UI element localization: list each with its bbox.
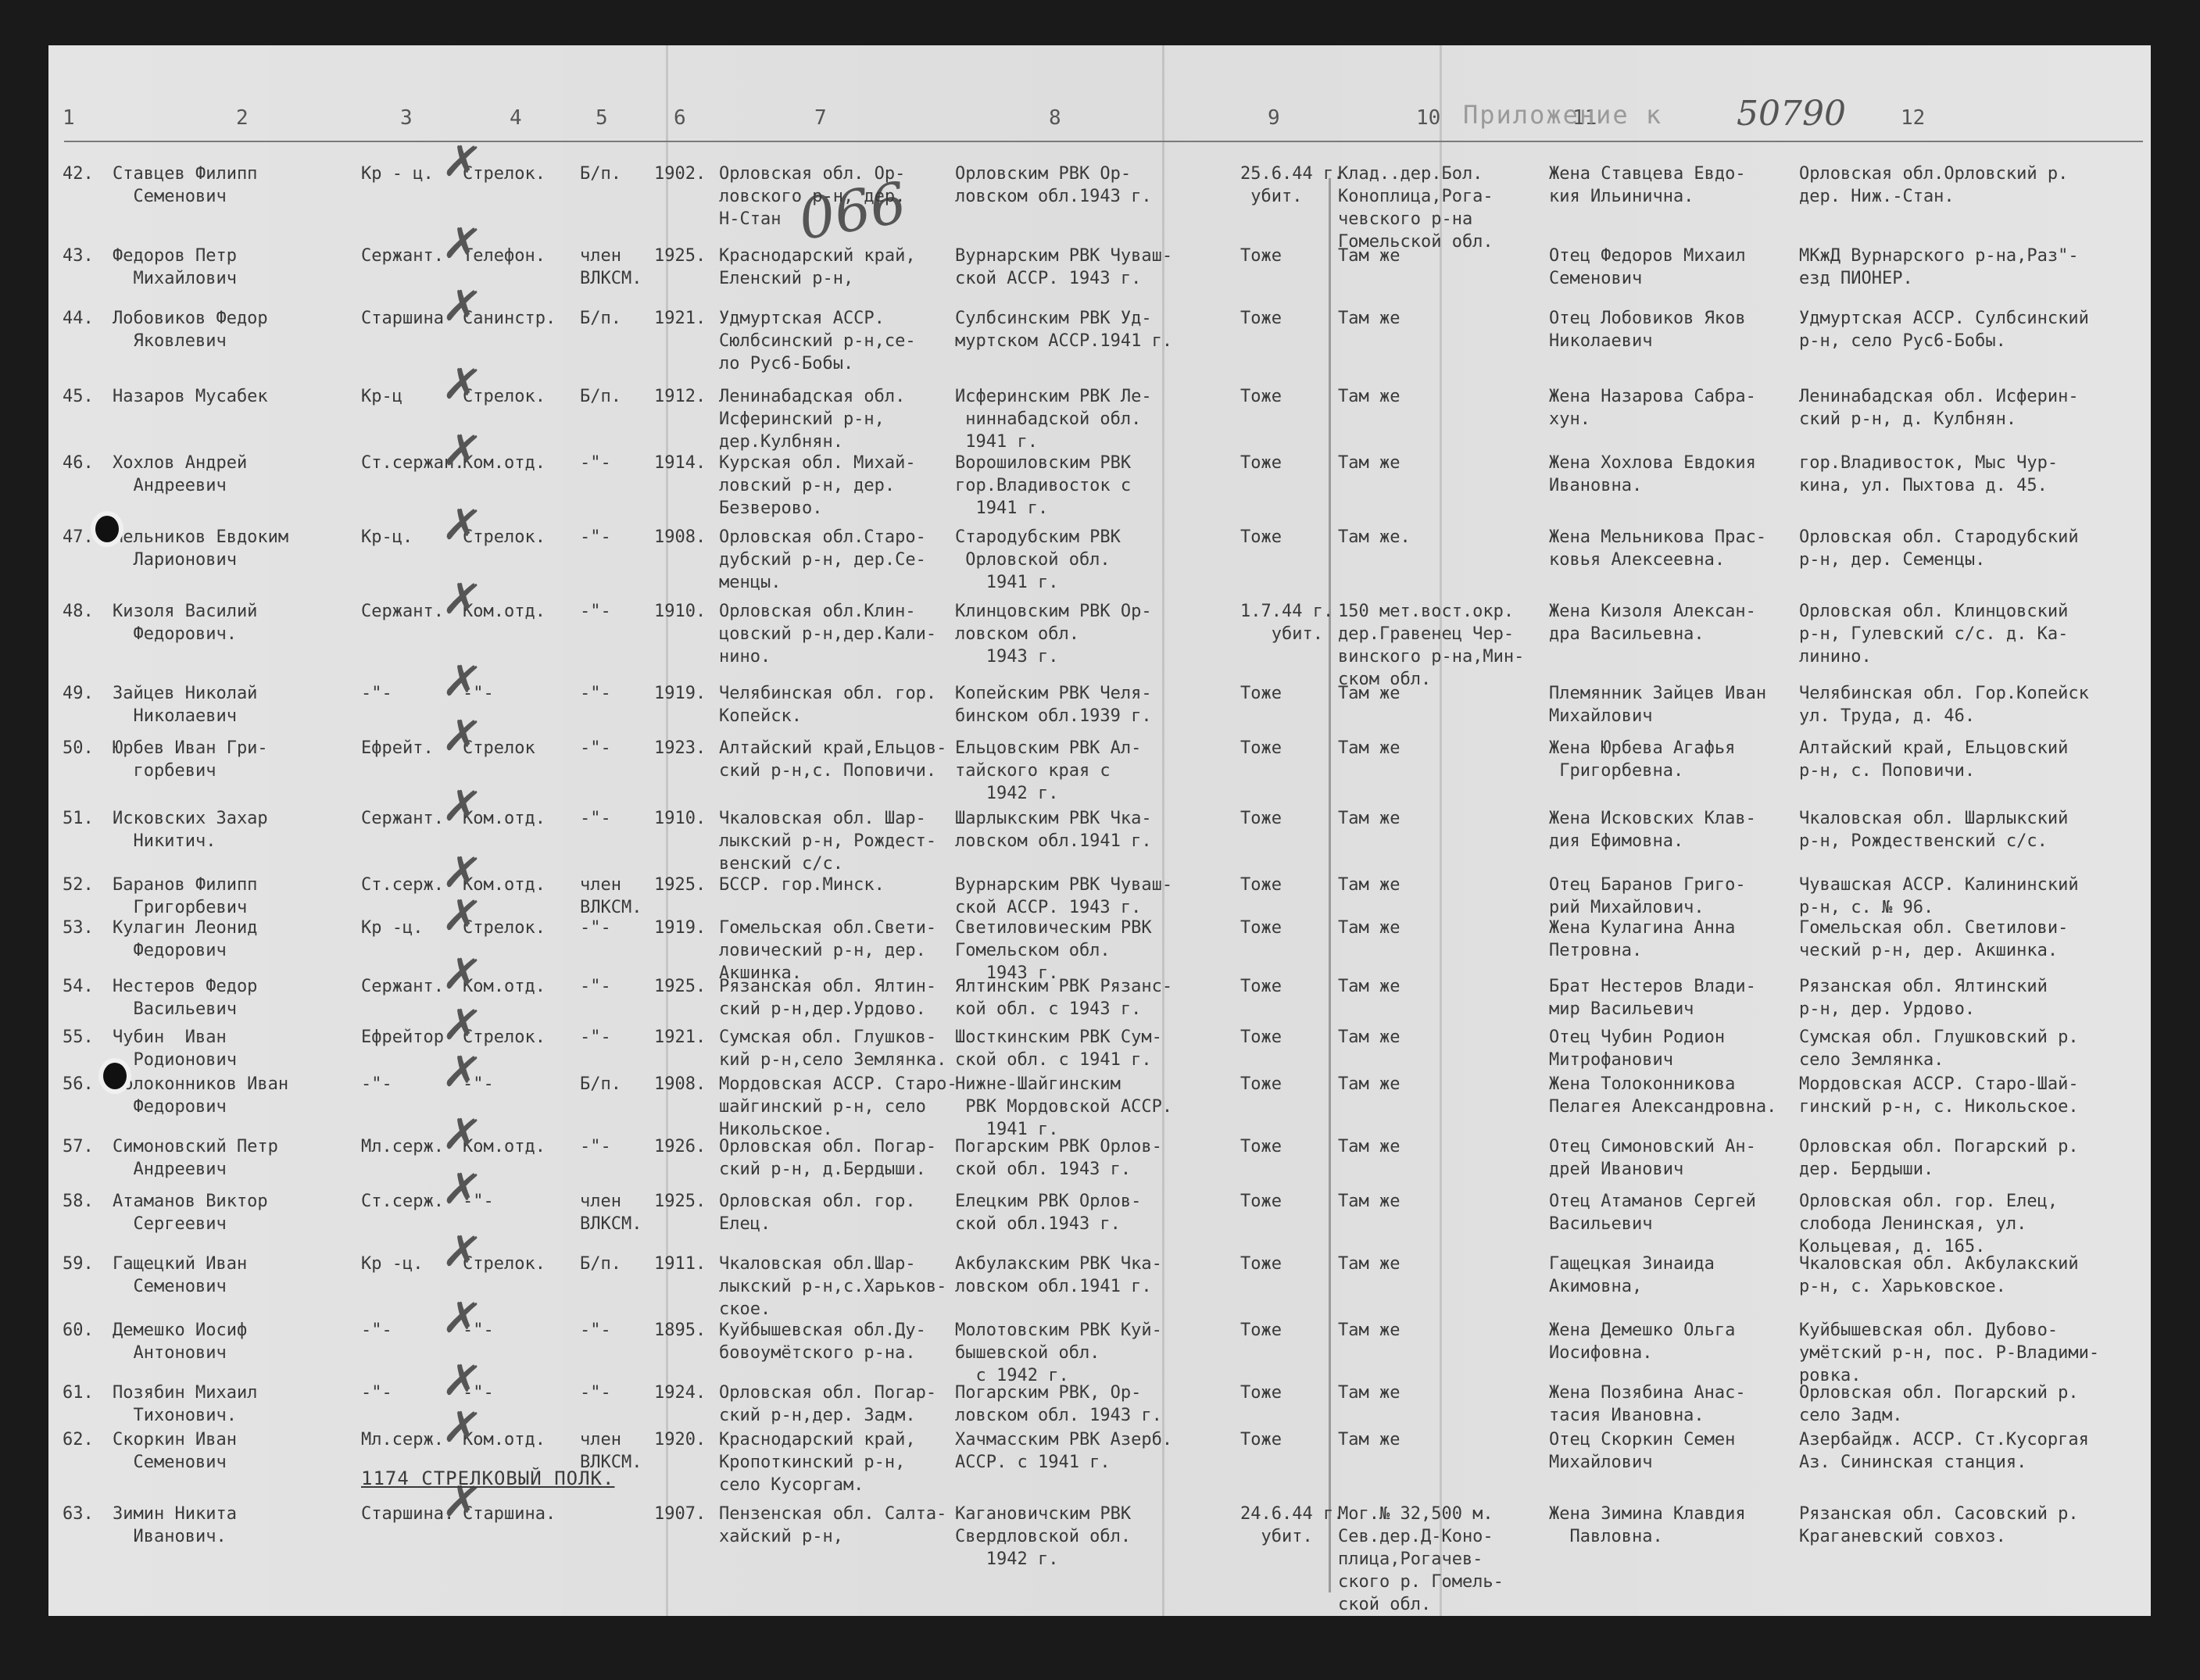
cell-date: 1.7.44 г. убит.	[1240, 600, 1333, 645]
cell-address: гор.Владивосток, Мыс Чур- кина, ул. Пыхт…	[1799, 452, 2058, 497]
cell-birth: Орловская обл. Ор- ловского р-н, дер. Н-…	[719, 163, 905, 231]
cell-rank: Сержант.	[361, 975, 444, 998]
cell-rank: Ст.серж.	[361, 1190, 444, 1213]
cell-kin: Жена Назарова Сабра- хун.	[1549, 385, 1756, 431]
cell-name: Зимин Никита Иванович.	[113, 1503, 237, 1548]
cell-name: Толоконников Иван Федорович	[113, 1073, 288, 1118]
cell-n: 46.	[63, 452, 94, 474]
cell-name: Хохлов Андрей Андреевич	[113, 452, 247, 497]
cell-name: Симоновский Петр Андреевич	[113, 1135, 278, 1181]
cell-year: 1920.	[654, 1428, 706, 1451]
cell-rank: Мл.серж.	[361, 1428, 444, 1451]
pencil-check-icon: ✗	[440, 496, 485, 554]
cell-rank: Ефрейт.	[361, 737, 434, 760]
cell-birth: Курская обл. Михай- ловский р-н, дер. Бе…	[719, 452, 916, 520]
cell-party: Б/п.	[580, 385, 621, 408]
paper-fold	[1440, 45, 1442, 1616]
cell-n: 57.	[63, 1135, 94, 1158]
cell-name: Исковских Захар Никитич.	[113, 807, 268, 853]
cell-party: -"-	[580, 1382, 611, 1404]
cell-birth: Алтайский край,Ельцов- ский р-н,с. Попов…	[719, 737, 946, 782]
cell-name: Назаров Мусабек	[113, 385, 268, 408]
cell-date: Тоже	[1240, 1026, 1282, 1049]
punch-hole	[103, 1063, 127, 1089]
pencil-check-icon: ✗	[440, 277, 485, 335]
cell-address: Куйбышевская обл. Дубово- умётский р-н, …	[1799, 1319, 2099, 1387]
cell-draft: Ельцовским РВК Ал- тайского края с 1942 …	[955, 737, 1141, 805]
cell-party: -"-	[580, 452, 611, 474]
cell-rank: Кр -ц.	[361, 917, 423, 939]
cell-rank: Кр-ц.	[361, 526, 413, 549]
cell-address: Алтайский край, Ельцовский р-н, с. Попов…	[1799, 737, 2068, 782]
cell-year: 1925.	[654, 874, 706, 896]
pencil-check-icon: ✗	[440, 652, 485, 710]
cell-rank: Кр -ц.	[361, 1253, 423, 1275]
cell-birth: Удмуртская АССР. Сюлбсинский р-н,се- ло …	[719, 307, 916, 375]
cell-draft: Вурнарским РВК Чуваш- ской АССР. 1943 г.	[955, 874, 1172, 919]
cell-birth: Пензенская обл. Салта- хайский р-н,	[719, 1503, 946, 1548]
cell-rank: Кр-ц	[361, 385, 402, 408]
cell-date: Тоже	[1240, 1135, 1282, 1158]
cell-rank: Кр - ц.	[361, 163, 434, 185]
cell-birth: Чкаловская обл. Шар- лыкский р-н, Рождес…	[719, 807, 936, 875]
cell-birth: Орловская обл. Погар- ский р-н,дер. Задм…	[719, 1382, 936, 1427]
cell-year: 1912.	[654, 385, 706, 408]
cell-party: член ВЛКСМ.	[580, 874, 642, 919]
cell-date: Тоже	[1240, 385, 1282, 408]
cell-name: Юрбев Иван Гри- горбевич	[113, 737, 268, 782]
cell-draft: Ворошиловским РВК гор.Владивосток с 1941…	[955, 452, 1131, 520]
pencil-check-icon: ✗	[440, 1223, 485, 1281]
cell-burial: Там же	[1338, 682, 1400, 705]
cell-burial: Там же	[1338, 737, 1400, 760]
cell-burial: Там же.	[1338, 526, 1411, 549]
cell-burial: Там же	[1338, 1319, 1400, 1342]
cell-draft: Копейским РВК Челя- бинском обл.1939 г.	[955, 682, 1152, 727]
cell-birth: Куйбышевская обл.Ду- бовоумётского р-на.	[719, 1319, 926, 1364]
cell-party: -"-	[580, 917, 611, 939]
cell-burial: Там же	[1338, 307, 1400, 330]
cell-n: 47.	[63, 526, 94, 549]
cell-address: Челябинская обл. Гор.Копейск ул. Труда, …	[1799, 682, 2089, 727]
cell-burial: Там же	[1338, 807, 1400, 830]
cell-draft: Погарским РВК Орлов- ской обл. 1943 г.	[955, 1135, 1162, 1181]
cell-party: Б/п.	[580, 307, 621, 330]
cell-birth: Краснодарский край, Еленский р-н,	[719, 245, 916, 290]
cell-birth: Мордовская АССР. Старо- шайгинский р-н, …	[719, 1073, 957, 1141]
pencil-check-icon: ✗	[440, 1160, 485, 1218]
cell-address: Азербайдж. АССР. Ст.Кусоргая Аз. Сининск…	[1799, 1428, 2089, 1474]
cell-date: Тоже	[1240, 1319, 1282, 1342]
cell-address: Удмуртская АССР. Сулбсинский р-н, село Р…	[1799, 307, 2089, 352]
cell-name: Чубин Иван Родионович	[113, 1026, 237, 1071]
cell-date: Тоже	[1240, 1428, 1282, 1451]
cell-kin: Жена Хохлова Евдокия Ивановна.	[1549, 452, 1756, 497]
cell-party: -"-	[580, 526, 611, 549]
cell-kin: Жена Позябина Анас- тасия Ивановна.	[1549, 1382, 1746, 1427]
cell-n: 56.	[63, 1073, 94, 1096]
cell-party: -"-	[580, 600, 611, 623]
cell-year: 1908.	[654, 526, 706, 549]
cell-birth: Гомельская обл.Свети- ловический р-н, де…	[719, 917, 936, 985]
cell-kin: Отец Атаманов Сергей Васильевич	[1549, 1190, 1756, 1235]
cell-address: МКжД Вурнарского р-на,Раз"- езд ПИОНЕР.	[1799, 245, 2079, 290]
pencil-check-icon: ✗	[440, 707, 485, 765]
column-divider	[1329, 178, 1331, 1592]
cell-year: 1921.	[654, 1026, 706, 1049]
header-rule	[64, 141, 2143, 142]
cell-date: Тоже	[1240, 526, 1282, 549]
cell-year: 1925.	[654, 1190, 706, 1213]
column-number: 9	[1268, 106, 1280, 130]
cell-year: 1910.	[654, 600, 706, 623]
cell-party: -"-	[580, 975, 611, 998]
column-number: 5	[596, 106, 608, 130]
cell-kin: Жена Демешко Ольга Иосифовна.	[1549, 1319, 1735, 1364]
cell-rank: Мл.серж.	[361, 1135, 444, 1158]
cell-burial: Там же	[1338, 917, 1400, 939]
cell-date: Тоже	[1240, 307, 1282, 330]
column-number: 1	[63, 106, 75, 130]
cell-kin: Жена Мельникова Прас- ковья Алексеевна.	[1549, 526, 1766, 571]
cell-draft: Елецким РВК Орлов- ской обл.1943 г.	[955, 1190, 1141, 1235]
paper-fold	[666, 45, 668, 1616]
cell-name: Атаманов Виктор Сергеевич	[113, 1190, 268, 1235]
cell-address: Ленинабадская обл. Исферин- ский р-н, д.…	[1799, 385, 2079, 431]
cell-kin: Отец Чубин Родион Митрофанович	[1549, 1026, 1725, 1071]
cell-rank: -"-	[361, 1382, 392, 1404]
cell-n: 49.	[63, 682, 94, 705]
pencil-check-icon: ✗	[440, 570, 485, 628]
cell-address: Орловская обл.Орловский р. дер. Ниж.-Ста…	[1799, 163, 2068, 208]
cell-burial: Там же	[1338, 1135, 1400, 1158]
cell-kin: Жена Зимина Клавдия Павловна.	[1549, 1503, 1746, 1548]
cell-burial: Там же	[1338, 452, 1400, 474]
cell-name: Гащецкий Иван Семенович	[113, 1253, 247, 1298]
cell-date: Тоже	[1240, 737, 1282, 760]
cell-birth: Орловская обл.Клин- цовский р-н,дер.Кали…	[719, 600, 936, 668]
cell-n: 53.	[63, 917, 94, 939]
cell-kin: Брат Нестеров Влади- мир Васильевич	[1549, 975, 1756, 1021]
cell-rank: Ст.серж.	[361, 874, 444, 896]
cell-party: член ВЛКСМ.	[580, 1190, 642, 1235]
cell-year: 1907.	[654, 1503, 706, 1525]
document-sheet: 123456789101112 Приложение к 50790 066 4…	[48, 45, 2151, 1616]
cell-birth: Сумская обл. Глушков- кий р-н,село Земля…	[719, 1026, 946, 1071]
cell-burial: Там же	[1338, 385, 1400, 408]
cell-draft: Вурнарским РВК Чуваш- ской АССР. 1943 г.	[955, 245, 1172, 290]
cell-rank: Сержант.	[361, 600, 444, 623]
pencil-check-icon: ✗	[440, 133, 485, 191]
cell-date: Тоже	[1240, 452, 1282, 474]
column-number: 8	[1049, 106, 1061, 130]
cell-name: Кизоля Василий Федорович.	[113, 600, 257, 645]
cell-date: Тоже	[1240, 874, 1282, 896]
cell-n: 63.	[63, 1503, 94, 1525]
column-number: 2	[236, 106, 249, 130]
cell-birth: БССР. гор.Минск.	[719, 874, 885, 896]
column-number: 12	[1901, 106, 1925, 130]
cell-name: Федоров Петр Михайлович	[113, 245, 237, 290]
cell-name: Демешко Иосиф Антонович	[113, 1319, 247, 1364]
cell-year: 1902.	[654, 163, 706, 185]
cell-date: Тоже	[1240, 1073, 1282, 1096]
cell-draft: Орловским РВК Ор- ловском обл.1943 г.	[955, 163, 1152, 208]
cell-date: Тоже	[1240, 245, 1282, 267]
cell-name: Лобовиков Федор Яковлевич	[113, 307, 268, 352]
cell-name: Зайцев Николай Николаевич	[113, 682, 257, 727]
cell-name: Ставцев Филипп Семенович	[113, 163, 257, 208]
cell-rank: -"-	[361, 682, 392, 705]
cell-date: Тоже	[1240, 917, 1282, 939]
cell-draft: Стародубским РВК Орловской обл. 1941 г.	[955, 526, 1121, 594]
section-title: 1174 СТРЕЛКОВЫЙ ПОЛК.	[361, 1467, 614, 1489]
cell-burial: Там же	[1338, 1382, 1400, 1404]
cell-party: -"-	[580, 807, 611, 830]
cell-date: Тоже	[1240, 1382, 1282, 1404]
cell-birth: Ленинабадская обл. Исферинский р-н, дер.…	[719, 385, 905, 453]
cell-kin: Жена Юрбева Агафья Григорбевна.	[1549, 737, 1735, 782]
cell-kin: Жена Толоконникова Пелагея Александровна…	[1549, 1073, 1776, 1118]
cell-burial: Там же	[1338, 1253, 1400, 1275]
cell-name: Кулагин Леонид Федорович	[113, 917, 257, 962]
column-number: 3	[400, 106, 413, 130]
cell-birth: Чкаловская обл.Шар- лыкский р-н,с.Харько…	[719, 1253, 946, 1321]
pencil-check-icon: ✗	[440, 1106, 485, 1163]
cell-draft: Акбулакским РВК Чка- ловском обл.1941 г.	[955, 1253, 1162, 1298]
cell-year: 1919.	[654, 682, 706, 705]
cell-rank: -"-	[361, 1319, 392, 1342]
cell-n: 58.	[63, 1190, 94, 1213]
cell-n: 45.	[63, 385, 94, 408]
cell-address: Гомельская обл. Светилови- ческий р-н, д…	[1799, 917, 2068, 962]
cell-address: Орловская обл. гор. Елец, слобода Ленинс…	[1799, 1190, 2058, 1258]
cell-rank: -"-	[361, 1073, 392, 1096]
cell-draft: Шарлыкским РВК Чка- ловском обл.1941 г.	[955, 807, 1152, 853]
cell-kin: Жена Ставцева Евдо- кия Ильинична.	[1549, 163, 1746, 208]
cell-address: Чкаловская обл. Акбулакский р-н, с. Харь…	[1799, 1253, 2079, 1298]
cell-draft: Сулбсинским РВК Уд- муртском АССР.1941 г…	[955, 307, 1172, 352]
cell-n: 51.	[63, 807, 94, 830]
pencil-check-icon: ✗	[440, 1399, 485, 1457]
cell-rank: Ефрейтор	[361, 1026, 444, 1049]
cell-burial: Там же	[1338, 874, 1400, 896]
cell-address: Орловская обл. Клинцовский р-н, Гулевски…	[1799, 600, 2068, 668]
cell-n: 43.	[63, 245, 94, 267]
cell-draft: Кагановичским РВК Свердловской обл. 1942…	[955, 1503, 1131, 1571]
cell-year: 1921.	[654, 307, 706, 330]
cell-year: 1911.	[654, 1253, 706, 1275]
cell-birth: Рязанская обл. Ялтин- ский р-н,дер.Урдов…	[719, 975, 936, 1021]
cell-address: Орловская обл. Стародубский р-н, дер. Се…	[1799, 526, 2079, 571]
cell-draft: Ялтинским РВК Рязанс- кой обл. с 1943 г.	[955, 975, 1172, 1021]
cell-kin: Жена Исковских Клав- дия Ефимовна.	[1549, 807, 1756, 853]
cell-n: 48.	[63, 600, 94, 623]
cell-kin: Жена Кулагина Анна Петровна.	[1549, 917, 1735, 962]
cell-kin: Племянник Зайцев Иван Михайлович	[1549, 682, 1766, 727]
handwritten-record-number: 50790	[1737, 94, 1846, 134]
pencil-check-icon: ✗	[440, 887, 485, 945]
cell-year: 1924.	[654, 1382, 706, 1404]
cell-date: 24.6.44 г. убит.	[1240, 1503, 1343, 1548]
punch-hole	[95, 516, 119, 542]
cell-burial: Там же	[1338, 975, 1400, 998]
cell-draft: Погарским РВК, Ор- ловском обл. 1943 г.	[955, 1382, 1162, 1427]
cell-n: 52.	[63, 874, 94, 896]
cell-burial: 150 мет.вост.окр. дер.Гравенец Чер- винс…	[1338, 600, 1524, 691]
cell-address: Чкаловская обл. Шарлыкский р-н, Рождеств…	[1799, 807, 2068, 853]
cell-kin: Отец Лобовиков Яков Николаевич	[1549, 307, 1746, 352]
pencil-check-icon: ✗	[440, 215, 485, 273]
cell-burial: Там же	[1338, 245, 1400, 267]
cell-party: -"-	[580, 737, 611, 760]
cell-draft: Исферинским РВК Ле- ниннабадской обл. 19…	[955, 385, 1152, 453]
cell-kin: Отец Федоров Михаил Семенович	[1549, 245, 1746, 290]
cell-year: 1914.	[654, 452, 706, 474]
pencil-check-icon: ✗	[440, 422, 485, 480]
cell-date: 25.6.44 г. убит.	[1240, 163, 1343, 208]
cell-burial: Там же	[1338, 1428, 1400, 1451]
cell-rank: Сержант.	[361, 245, 444, 267]
pencil-check-icon: ✗	[440, 1043, 485, 1101]
pencil-check-icon: ✗	[440, 1289, 485, 1347]
cell-draft: Нижне-Шайгинским РВК Мордовской АССР. 19…	[955, 1073, 1172, 1141]
pencil-check-icon: ✗	[440, 356, 485, 413]
cell-address: Орловская обл. Погарский р. село Задм.	[1799, 1382, 2079, 1427]
pencil-check-icon: ✗	[440, 777, 485, 835]
cell-name: Баранов Филипп Григорбевич	[113, 874, 257, 919]
cell-n: 59.	[63, 1253, 94, 1275]
cell-kin: Отец Скоркин Семен Михайлович	[1549, 1428, 1735, 1474]
cell-address: Рязанская обл. Ялтинский р-н, дер. Урдов…	[1799, 975, 2048, 1021]
cell-n: 62.	[63, 1428, 94, 1451]
cell-address: Мордовская АССР. Старо-Шай- гинский р-н,…	[1799, 1073, 2079, 1118]
cell-address: Рязанская обл. Сасовский р. Краганевский…	[1799, 1503, 2079, 1548]
column-number: 6	[674, 106, 686, 130]
cell-name: Позябин Михаил Тихонович.	[113, 1382, 257, 1427]
cell-draft: Светиловическим РВК Гомельском обл. 1943…	[955, 917, 1152, 985]
cell-date: Тоже	[1240, 975, 1282, 998]
cell-name: Скоркин Иван Семенович	[113, 1428, 237, 1474]
cell-birth: Орловская обл. гор. Елец.	[719, 1190, 916, 1235]
cell-draft: Клинцовским РВК Ор- ловском обл. 1943 г.	[955, 600, 1152, 668]
column-number: 10	[1416, 106, 1440, 130]
cell-address: Сумская обл. Глушковский р. село Землянк…	[1799, 1026, 2079, 1071]
cell-draft: Шосткинским РВК Сум- ской обл. с 1941 г.	[955, 1026, 1162, 1071]
cell-party: Б/п.	[580, 1253, 621, 1275]
cell-party: -"-	[580, 1026, 611, 1049]
cell-birth: Краснодарский край, Кропоткинский р-н, с…	[719, 1428, 916, 1496]
cell-address: Чувашская АССР. Калининский р-н, с. № 96…	[1799, 874, 2079, 919]
cell-year: 1919.	[654, 917, 706, 939]
cell-name: Мельников Евдоким Ларионович	[113, 526, 288, 571]
cell-date: Тоже	[1240, 1190, 1282, 1213]
cell-n: 42.	[63, 163, 94, 185]
cell-birth: Орловская обл. Погар- ский р-н, д.Бердыш…	[719, 1135, 936, 1181]
cell-year: 1908.	[654, 1073, 706, 1096]
cell-year: 1910.	[654, 807, 706, 830]
cell-name: Нестеров Федор Васильевич	[113, 975, 257, 1021]
cell-kin: Жена Кизоля Алексан- дра Васильевна.	[1549, 600, 1756, 645]
cell-birth: Челябинская обл. гор. Копейск.	[719, 682, 936, 727]
cell-date: Тоже	[1240, 1253, 1282, 1275]
cell-burial: Там же	[1338, 1026, 1400, 1049]
cell-burial: Там же	[1338, 1073, 1400, 1096]
cell-party: -"-	[580, 1319, 611, 1342]
cell-party: Б/п.	[580, 1073, 621, 1096]
cell-kin: Отец Баранов Григо- рий Михайлович.	[1549, 874, 1746, 919]
cell-date: Тоже	[1240, 682, 1282, 705]
cell-n: 60.	[63, 1319, 94, 1342]
cell-party: -"-	[580, 682, 611, 705]
cell-n: 54.	[63, 975, 94, 998]
column-number: 4	[510, 106, 522, 130]
cell-year: 1895.	[654, 1319, 706, 1342]
cell-rank: Старшина	[361, 307, 444, 330]
cell-kin: Отец Симоновский Ан- дрей Иванович	[1549, 1135, 1756, 1181]
appendix-label: Приложение к	[1463, 100, 1662, 130]
cell-kin: Гащецкая Зинаида Акимовна,	[1549, 1253, 1715, 1298]
cell-address: Орловская обл. Погарский р. дер. Бердыши…	[1799, 1135, 2079, 1181]
cell-rank: Сержант.	[361, 807, 444, 830]
cell-date: Тоже	[1240, 807, 1282, 830]
cell-n: 50.	[63, 737, 94, 760]
cell-burial: Мог.№ 32,500 м. Сев.дер.Д-Коно- плица,Ро…	[1338, 1503, 1504, 1616]
cell-year: 1926.	[654, 1135, 706, 1158]
cell-burial: Там же	[1338, 1190, 1400, 1213]
column-number: 7	[814, 106, 827, 130]
cell-n: 44.	[63, 307, 94, 330]
cell-draft: Молотовским РВК Куй- бышевской обл. с 19…	[955, 1319, 1162, 1387]
pencil-check-icon: ✗	[440, 945, 485, 1003]
cell-year: 1925.	[654, 975, 706, 998]
cell-year: 1923.	[654, 737, 706, 760]
cell-burial: Клад..дер.Бол. Коноплица,Рога- чевского …	[1338, 163, 1493, 253]
cell-birth: Орловская обл.Старо- дубский р-н, дер.Се…	[719, 526, 926, 594]
cell-n: 61.	[63, 1382, 94, 1404]
cell-party: -"-	[580, 1135, 611, 1158]
cell-party: член ВЛКСМ.	[580, 245, 642, 290]
cell-party: Б/п.	[580, 163, 621, 185]
cell-draft: Хачмасским РВК Азерб. АССР. с 1941 г.	[955, 1428, 1172, 1474]
cell-year: 1925.	[654, 245, 706, 267]
cell-n: 55.	[63, 1026, 94, 1049]
